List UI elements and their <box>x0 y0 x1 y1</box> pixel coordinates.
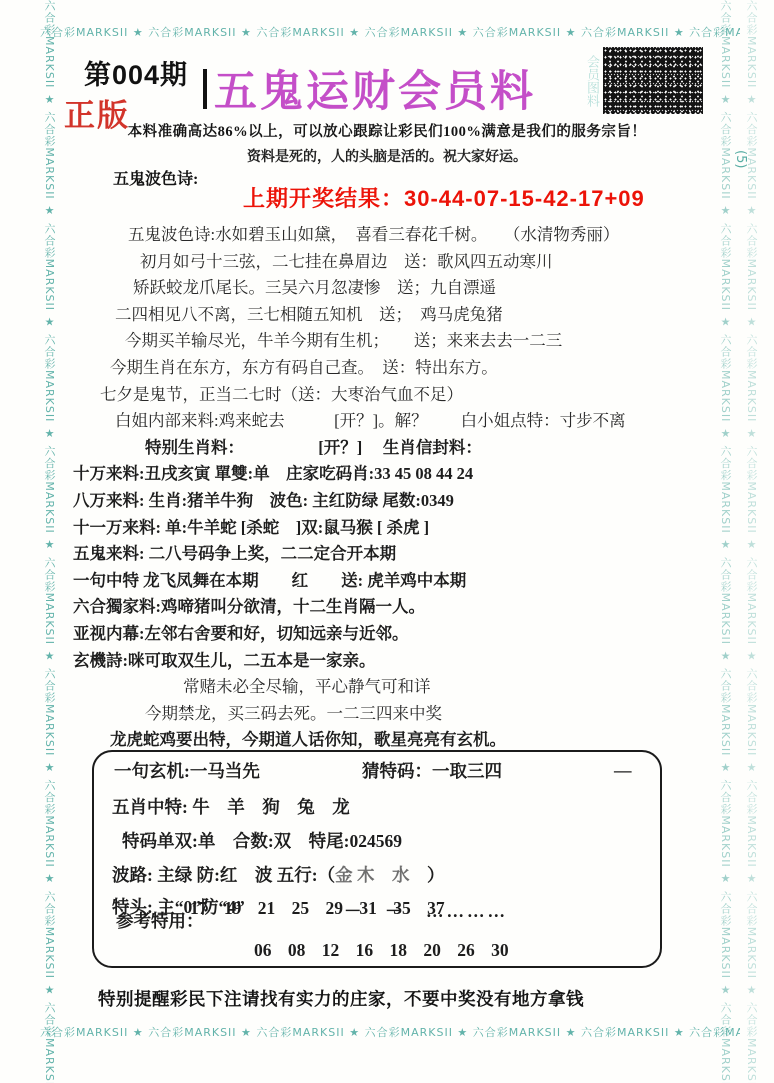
poem-line: 五鬼波色诗:水如碧玉山如黛， 喜看三春花千树。 （水清物秀丽） <box>128 222 730 249</box>
lottery-tip-sheet: 六合彩MARKSII ★ 六合彩MARKSII ★ 六合彩MARKSII ★ 六… <box>0 0 774 1083</box>
reference-numbers-row2: 06 08 12 16 18 20 26 30 <box>254 940 509 961</box>
advice-line: 常赌未必全尽输，平心静气可和详 <box>183 674 730 701</box>
five-zodiac-line: 五肖中特: 牛 羊 狗 兔 龙 <box>112 794 350 819</box>
info-line: 十一万来料: 单:牛羊蛇 [杀蛇 ]双:鼠马猴 [ 杀虎 ] <box>73 515 730 542</box>
issue-number: 第004期 <box>84 53 188 92</box>
poem-line: 二四相见八不离，三七相随五知机 送； 鸡马虎兔猪 <box>115 302 730 329</box>
page-title: 五鬼运财会员料 <box>203 58 536 119</box>
special-guess: 猜特码：一取三四 <box>362 758 502 783</box>
poem-section-label: 五鬼波色诗: <box>113 166 198 189</box>
watermark-border-top: 六合彩MARKSII ★ 六合彩MARKSII ★ 六合彩MARKSII ★ 六… <box>40 24 740 40</box>
info-line: 一句中特 龙飞凤舞在本期 红 送: 虎羊鸡中本期 <box>73 568 730 595</box>
wave-color-line: 波路: 主绿 防:红 波 五行:（金 木 水 ） <box>112 862 444 887</box>
prediction-box: 一句玄机:一马当先 猜特码：一取三四 — 五肖中特: 牛 羊 狗 兔 龙 特码单… <box>92 750 662 968</box>
info-line: 特别生肖料： [开？] 生肖信封料： <box>145 435 730 462</box>
watermark-border-bottom: 六合彩MARKSII ★ 六合彩MARKSII ★ 六合彩MARKSII ★ 六… <box>40 1024 740 1040</box>
previous-draw-result: 上期开奖结果：30-44-07-15-42-17+09 <box>243 182 645 213</box>
tips-body: 五鬼波色诗:水如碧玉山如黛， 喜看三春花千树。 （水清物秀丽） 初月如弓十三弦，… <box>0 222 730 754</box>
page-title-text: 五鬼运财会员料 <box>214 58 536 119</box>
info-line: 八万来料: 生肖:猪羊牛狗 波色: 主红防绿 尾数:0349 <box>73 488 730 515</box>
poem-line: 七夕是鬼节，正当二七时（送：大枣治气血不足） <box>100 382 730 409</box>
info-line: 六合獨家料:鸡啼猪叫分欲清，十二生肖隔一人。 <box>73 594 730 621</box>
dash-mark: — <box>614 760 632 781</box>
stamp-noise-block <box>603 47 703 114</box>
info-line: 五鬼来料: 二八号码争上奖，二二定合开本期 <box>73 541 730 568</box>
info-line: 亚视内幕:左邻右舍要和好，切知远亲与近邻。 <box>73 621 730 648</box>
subtitle-line-2: 资料是死的，人的头脑是活的。祝大家好运。 <box>0 146 774 166</box>
info-line: 白姐内部来料:鸡来蛇去 [开？]。解？ 白小姐点特：寸步不离 <box>115 408 730 435</box>
poem-line: 今期买羊输尽光，牛羊今期有生机； 送；来来去去一二三 <box>125 328 730 355</box>
info-line: 玄機詩:咪可取双生儿，二五本是一家亲。 <box>73 648 730 675</box>
odd-even-line: 特码单双:单 合数:双 特尾:024569 <box>122 828 402 853</box>
title-divider-bar <box>203 69 207 109</box>
poem-line: 今期生肖在东方，东方有码自己查。 送：特出东方。 <box>110 355 730 382</box>
poem-line: 矫跃蛟龙爪尾长。三吴六月忽凄惨 送；九自漂遥 <box>133 275 730 302</box>
info-line: 十万来料:丑戌亥寅 單雙:单 庄家吃码肖:33 45 08 44 24 <box>73 461 730 488</box>
reference-numbers-row1: 17 19 21 25 29 31 35 37 <box>190 898 445 919</box>
poem-line: 初月如弓十三弦，二七挂在鼻眉边 送：歌风四五动寒川 <box>140 249 730 276</box>
mystery-phrase: 一句玄机:一马当先 <box>114 758 260 783</box>
footer-reminder: 特别提醒彩民下注请找有实力的庄家，不要中奖没有地方拿钱 <box>98 986 584 1011</box>
advice-line: 今期禁龙，买三码去死。一二三四来中奖 <box>145 701 730 728</box>
subtitle-line-1: 本料准确高达86%以上，可以放心跟踪让彩民们100%满意是我们的服务宗旨！ <box>0 120 774 141</box>
